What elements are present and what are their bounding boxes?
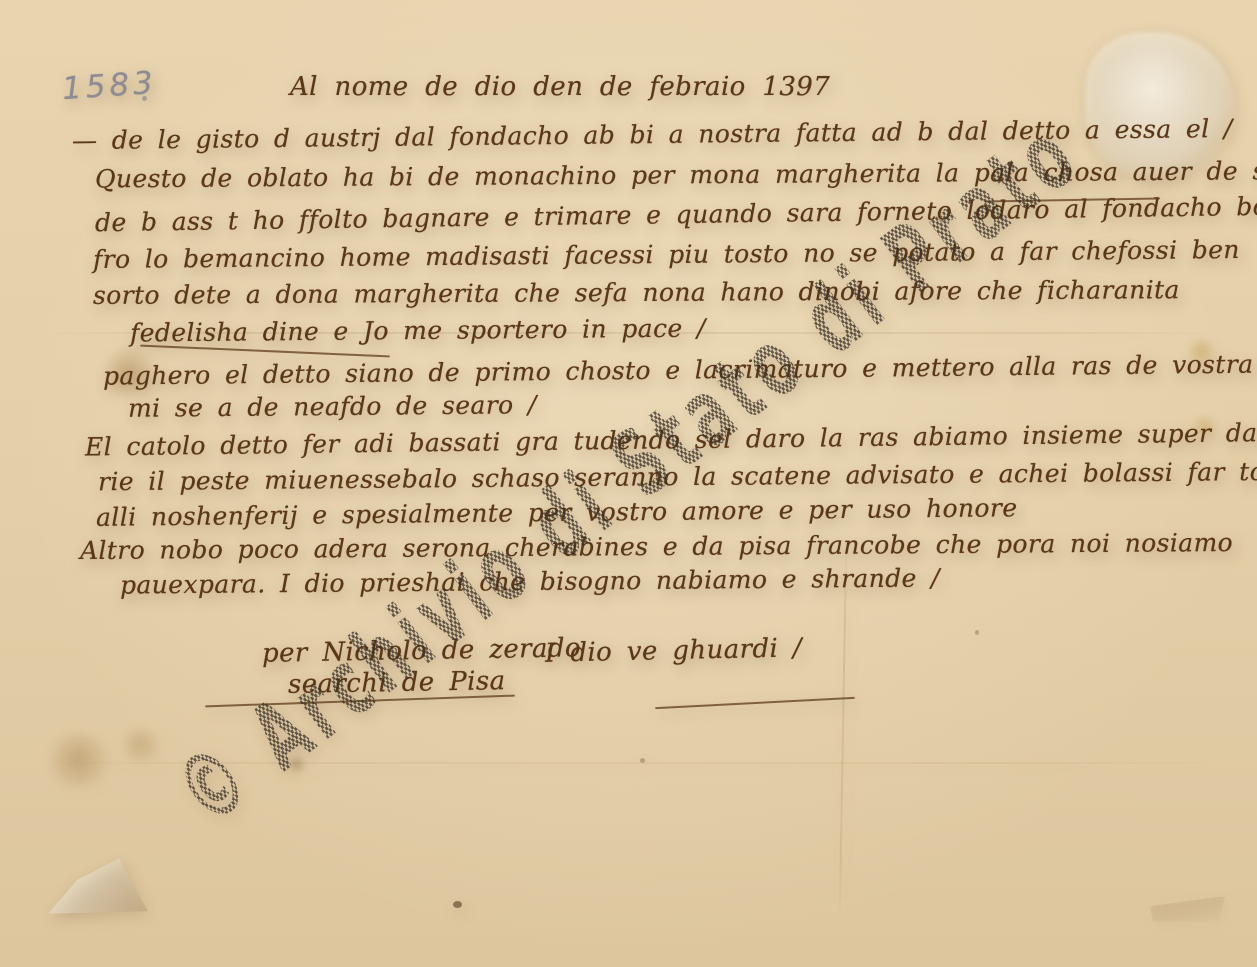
paper-crease — [839, 540, 848, 915]
manuscript-line: — de le gisto d austrj dal fondacho ab b… — [72, 114, 1233, 155]
manuscript-line: fedelisha dine e Jo me sportero in pace … — [130, 313, 706, 347]
manuscript-line: Altro nobo poco adera serona cherabines … — [80, 528, 1233, 565]
ink-speck — [975, 630, 979, 635]
manuscript-line: sorto dete a dona margherita che sefa no… — [93, 275, 1180, 310]
paper-damage-top-right — [1085, 32, 1235, 177]
ink-flourish — [655, 697, 855, 709]
ink-flourish — [140, 345, 390, 358]
paper-stain — [42, 730, 114, 788]
paper-stain — [118, 725, 162, 763]
paper-stain — [286, 756, 308, 772]
archive-number-pencil: 1583 — [61, 65, 158, 108]
manuscript-line: Questo de oblato ha bi de monachino per … — [95, 156, 1257, 194]
manuscript-line: alli noshenferij e spesialmente per vost… — [96, 493, 1018, 532]
manuscript-line: fro lo bemancino home madisasti facessi … — [93, 235, 1240, 274]
manuscript-line: paghero el detto siano de primo chosto e… — [103, 348, 1257, 390]
ink-speck — [640, 758, 645, 763]
paper-crease — [45, 762, 1215, 764]
ink-speck — [453, 901, 462, 908]
signature-place: searchi de Pisa — [288, 666, 506, 700]
manuscript-line: pauexpara. I dio prieshai che bisogno na… — [120, 563, 940, 599]
paper-fold-bottom-right — [1150, 896, 1225, 922]
manuscript-paper: 1583 Al nome de dio den de febraio 1397 … — [0, 0, 1257, 967]
paper-shadow: 1583 Al nome de dio den de febraio 1397 … — [0, 0, 1257, 967]
manuscript-line: mi se a de neafdo de searo / — [128, 390, 537, 423]
signature-blessing: I dio ve ghuardi / — [545, 633, 803, 668]
signature-name: per Nicholo de zerado — [262, 633, 581, 669]
manuscript-line: rie il peste miuenessebalo schaso serann… — [98, 457, 1257, 496]
manuscript-line: El catolo detto fer adi bassati gra tude… — [85, 418, 1257, 462]
scan-background: 1583 Al nome de dio den de febraio 1397 … — [0, 0, 1257, 967]
manuscript-header-date: Al nome de dio den de febraio 1397 — [290, 72, 830, 102]
paper-fold-bottom-left — [46, 856, 150, 916]
